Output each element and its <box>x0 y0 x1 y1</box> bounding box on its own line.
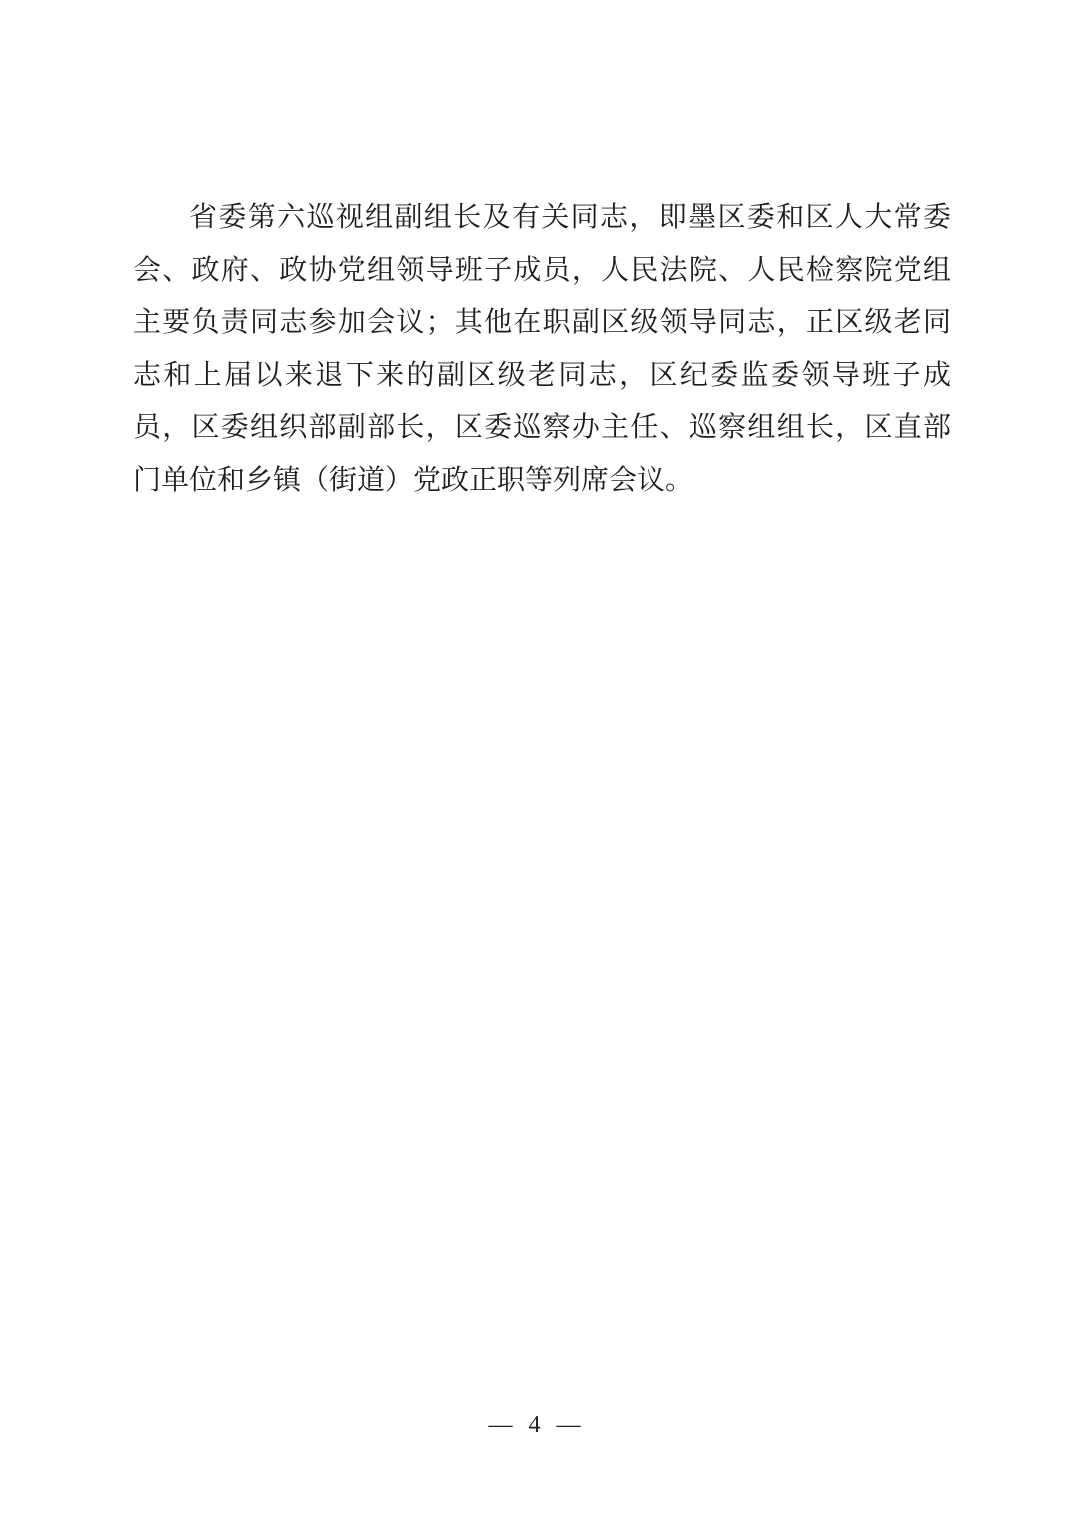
document-page: 省委第六巡视组副组长及有关同志，即墨区委和区人大常委 会、政府、政协党组领导班子… <box>0 0 1074 1520</box>
text-line: 主要负责同志参加会议；其他在职副区级领导同志，正区级老同 <box>133 297 951 350</box>
text-line: 省委第六巡视组副组长及有关同志，即墨区委和区人大常委 <box>133 192 951 245</box>
page-number: — 4 — <box>489 1412 586 1438</box>
page-number-footer: — 4 — <box>0 1412 1074 1439</box>
text-line: 门单位和乡镇（街道）党政正职等列席会议。 <box>133 455 951 508</box>
text-line: 会、政府、政协党组领导班子成员，人民法院、人民检察院党组 <box>133 245 951 298</box>
body-paragraph: 省委第六巡视组副组长及有关同志，即墨区委和区人大常委 会、政府、政协党组领导班子… <box>133 192 951 507</box>
text-line: 员，区委组织部副部长，区委巡察办主任、巡察组组长，区直部 <box>133 402 951 455</box>
text-line: 志和上届以来退下来的副区级老同志，区纪委监委领导班子成 <box>133 350 951 403</box>
